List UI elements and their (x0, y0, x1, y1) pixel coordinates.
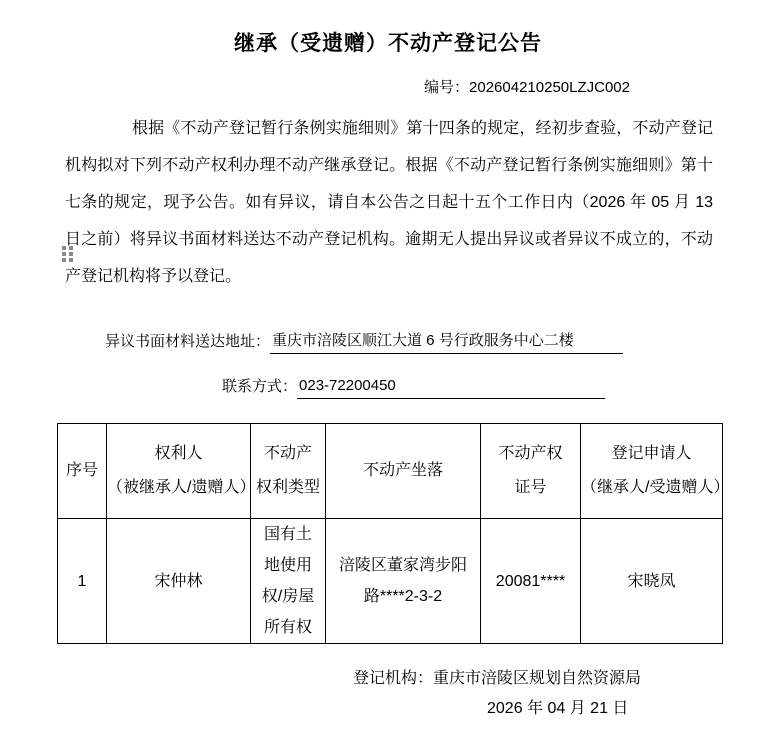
address-field-row: 异议书面材料送达地址：重庆市涪陵区顺江大道 6 号行政服务中心二楼 (0, 329, 776, 354)
announcement-date: 2026 年 04 月 21 日 (487, 698, 776, 720)
table-row: 1 宋仲林 国有土地使用权/房屋所有权 涪陵区董家湾步阳路****2-3-2 2… (58, 519, 723, 644)
drag-handle-dot (69, 252, 73, 256)
header-location: 不动产坐落 (326, 424, 481, 519)
contact-value: 023-72200450 (297, 374, 605, 399)
cell-owner: 宋仲林 (107, 519, 251, 644)
cell-applicant: 宋晓凤 (581, 519, 723, 644)
drag-handle-dot (69, 246, 73, 250)
header-cert-no: 不动产权 证号 (481, 424, 581, 519)
header-applicant: 登记申请人 （继承人/受遗赠人） (581, 424, 723, 519)
drag-handle-dot (62, 246, 66, 250)
header-owner: 权利人 （被继承人/遗赠人） (107, 424, 251, 519)
address-label: 异议书面材料送达地址： (105, 330, 270, 354)
drag-handle-dot (69, 258, 73, 262)
cell-location: 涪陵区董家湾步阳路****2-3-2 (326, 519, 481, 644)
cell-seq: 1 (58, 519, 107, 644)
drag-handle-dot (62, 258, 66, 262)
drag-handle-dot (62, 252, 66, 256)
header-right-type: 不动产 权利类型 (251, 424, 326, 519)
contact-field-row: 联系方式：023-72200450 (0, 374, 776, 399)
table-header-row: 序号 权利人 （被继承人/遗赠人） 不动产 权利类型 不动产坐落 不动产权 证号… (58, 424, 723, 519)
header-seq: 序号 (58, 424, 107, 519)
announcement-body: 根据《不动产登记暂行条例实施细则》第十四条的规定，经初步查验，不动产登记机构拟对… (65, 110, 713, 295)
registration-table: 序号 权利人 （被继承人/遗赠人） 不动产 权利类型 不动产坐落 不动产权 证号… (57, 423, 723, 644)
page-title: 继承（受遗赠）不动产登记公告 (0, 30, 776, 58)
drag-handle-icon[interactable] (62, 246, 73, 262)
cell-cert-no: 20081**** (481, 519, 581, 644)
cell-right-type: 国有土地使用权/房屋所有权 (251, 519, 326, 644)
contact-label: 联系方式： (222, 375, 297, 399)
registration-authority: 登记机构：重庆市涪陵区规划自然资源局 (353, 668, 776, 690)
document-number: 编号：202604210250LZJC002 (0, 78, 776, 98)
address-value: 重庆市涪陵区顺江大道 6 号行政服务中心二楼 (270, 329, 623, 354)
